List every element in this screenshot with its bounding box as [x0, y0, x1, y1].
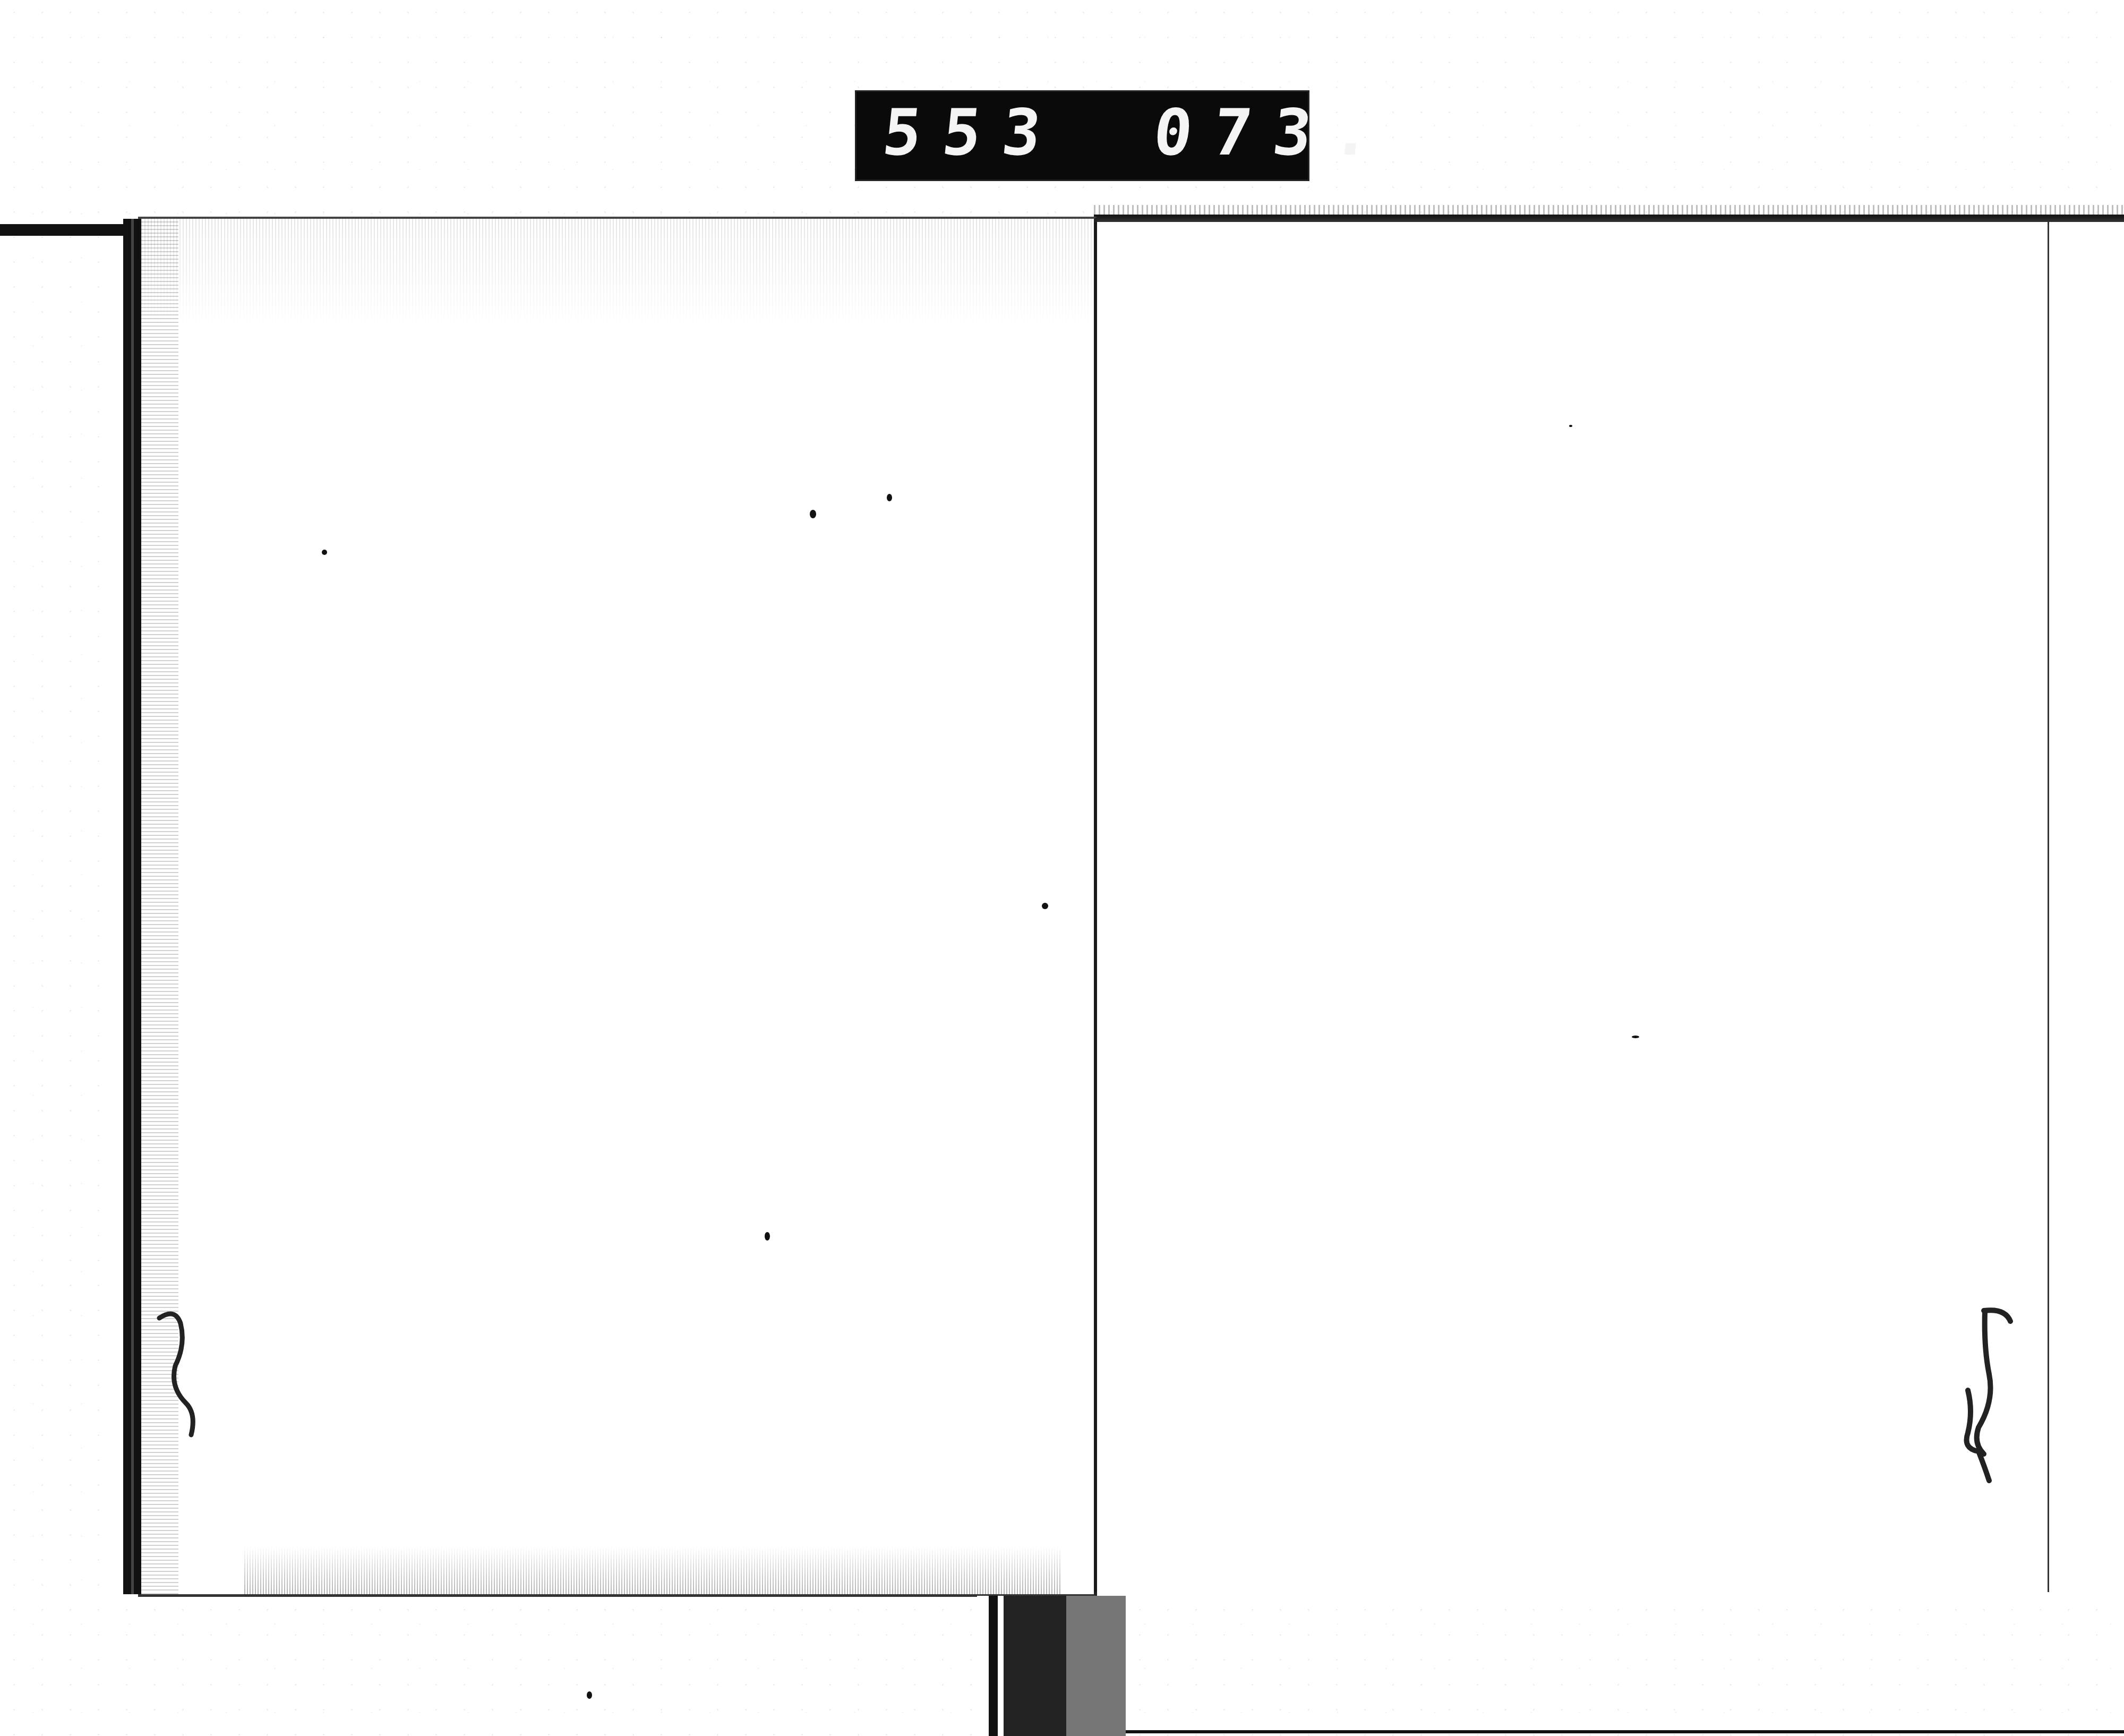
binding-thread-icon	[1947, 1305, 2021, 1486]
bottom-edge-rule	[1126, 1730, 2124, 1733]
right-margin	[2050, 222, 2124, 1592]
dust-speck	[1632, 1036, 1639, 1038]
dust-speck	[322, 550, 327, 555]
dust-speck	[1569, 425, 1572, 427]
dust-speck	[587, 1691, 592, 1699]
reel-number: 553	[880, 101, 1065, 165]
book-gutter-shadow	[977, 1596, 1126, 1736]
dust-speck	[810, 510, 816, 518]
right-page	[1094, 222, 2049, 1592]
frame-number: 073.	[1151, 101, 1396, 165]
dust-speck	[765, 1232, 770, 1241]
frame-counter-label: 553 073.	[855, 90, 1309, 181]
page-top-shadow	[138, 219, 1094, 325]
book-spine-edge	[123, 219, 141, 1594]
binding-thread-icon	[149, 1307, 212, 1446]
dust-speck	[1042, 903, 1048, 909]
left-page	[138, 217, 1097, 1597]
book-top-edge-right	[1094, 215, 2124, 222]
dust-speck	[887, 494, 892, 501]
page-bottom-shadow	[244, 1546, 1062, 1594]
book-cover-edge-left	[0, 224, 143, 236]
